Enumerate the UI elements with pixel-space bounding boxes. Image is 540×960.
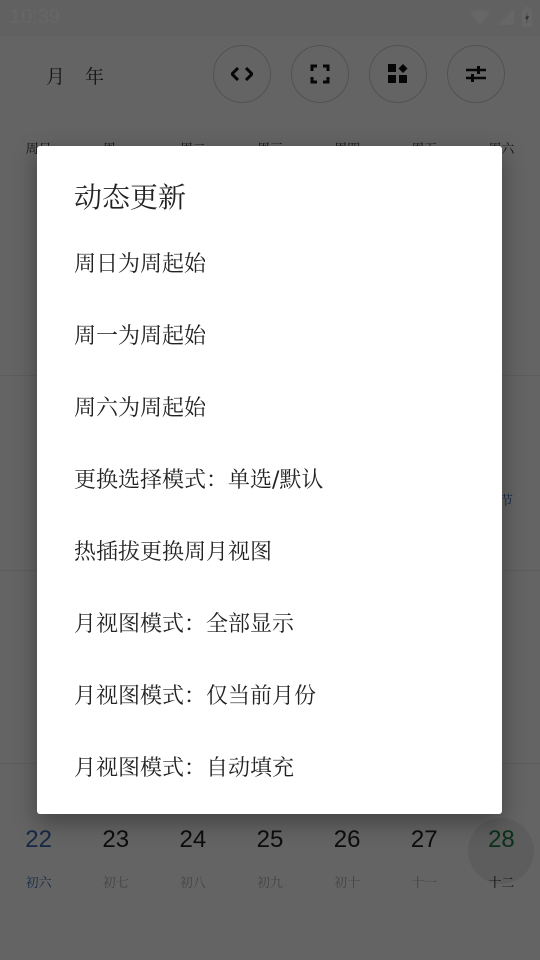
menu-item-month-mode-current[interactable]: 月视图模式：仅当前月份: [37, 658, 502, 730]
menu-item-monday-start[interactable]: 周一为周起始: [37, 298, 502, 370]
menu-item-hot-swap-view[interactable]: 热插拔更换周月视图: [37, 514, 502, 586]
menu-item-month-mode-all[interactable]: 月视图模式：全部显示: [37, 586, 502, 658]
menu-item-select-mode[interactable]: 更换选择模式：单选/默认: [37, 442, 502, 514]
menu-item-sunday-start[interactable]: 周日为周起始: [37, 226, 502, 298]
menu-item-saturday-start[interactable]: 周六为周起始: [37, 370, 502, 442]
menu-item-month-mode-fit[interactable]: 月视图模式：自动填充: [37, 730, 502, 802]
dialog-title: 动态更新: [74, 176, 186, 216]
dynamic-update-dialog: 动态更新 周日为周起始 周一为周起始 周六为周起始 更换选择模式：单选/默认 热…: [37, 146, 502, 814]
